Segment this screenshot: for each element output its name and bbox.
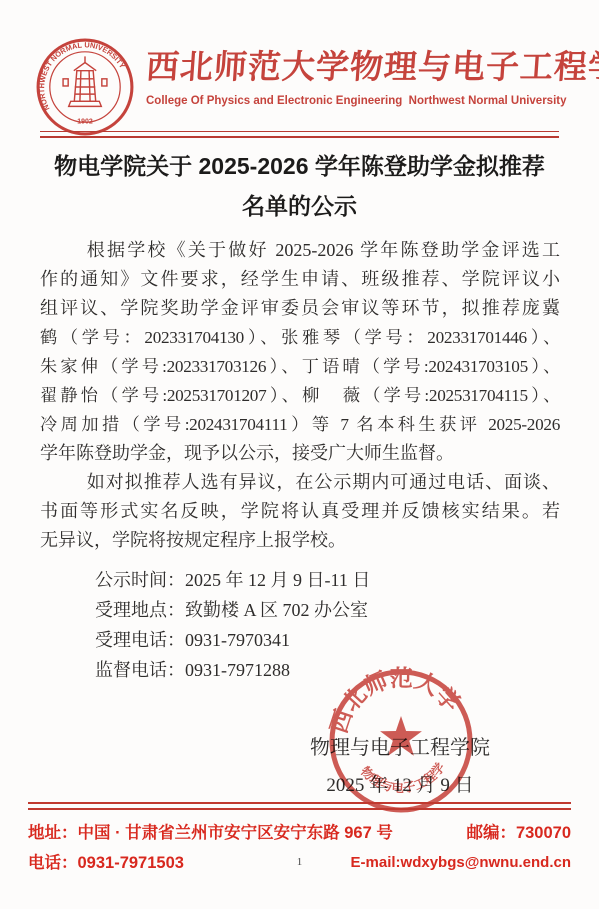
signature-org: 物理与电子工程学院 (285, 733, 515, 763)
footer: 地址：中国 · 甘肃省兰州市安宁区安宁东路 967 号 邮编：730070 电话… (28, 818, 571, 878)
text-line: 翟静怡（学号:202531701207）、柳 薇（学号:202531704115… (40, 381, 560, 410)
info-block: 公示时间：2025 年 12 月 9 日-11 日 受理地点：致勤楼 A 区 7… (40, 565, 560, 685)
text-line: 鹤（学号：202331704130）、张雅琴（学号：202331701446）、 (40, 323, 560, 352)
college-name-en: College Of Physics and Electronic Engine… (146, 93, 566, 109)
header-divider (40, 131, 559, 138)
seal-year-text: 1902 (77, 119, 93, 126)
paragraph-2: 如对拟推荐人选有异议，在公示期内可通过电话、面谈、 书面等形式实名反映，学院将认… (40, 468, 560, 555)
paragraph-1: 根据学校《关于做好 2025-2026 学年陈登助学金评选工 作的通知》文件要求… (40, 236, 560, 468)
university-seal-logo: NORTHWEST NORMAL UNIVERSITY 1902 (34, 36, 136, 138)
footer-divider (28, 802, 571, 810)
supervision-phone-line: 监督电话：0931-7971288 (40, 655, 560, 685)
notice-title: 物电学院关于 2025-2026 学年陈登助学金拟推荐 名单的公示 (40, 146, 559, 226)
signature-date: 2025 年 12 月 9 日 (285, 771, 515, 801)
text-line: 根据学校《关于做好 2025-2026 学年陈登助学金评选工 (40, 236, 560, 265)
footer-postcode: 邮编：730070 (466, 818, 571, 848)
text-line: 如对拟推荐人选有异议，在公示期内可通过电话、面谈、 (40, 468, 560, 497)
page-number: 1 (0, 856, 599, 868)
college-name-cn: 西北师范大学物理与电子工程学院 (145, 48, 568, 88)
text-line: 无异议，学院将按规定程序上报学校。 (40, 526, 560, 555)
document-page: NORTHWEST NORMAL UNIVERSITY 1902 西北师范大学物… (0, 0, 599, 909)
text-line: 组评议、学院奖助学金评审委员会审议等环节，拟推荐庞冀 (40, 294, 560, 323)
letterhead: 西北师范大学物理与电子工程学院 College Of Physics and E… (146, 48, 566, 109)
text-line: 学年陈登助学金，现予以公示，接受广大师生监督。 (40, 439, 560, 468)
acceptance-phone-line: 受理电话：0931-7970341 (40, 625, 560, 655)
text-line: 朱家伸（学号:202331703126）、丁语晴（学号:202431703105… (40, 352, 560, 381)
signature-block: 物理与电子工程学院 2025 年 12 月 9 日 (285, 733, 515, 801)
text-line: 作的通知》文件要求，经学生申请、班级推荐、学院评议小 (40, 265, 560, 294)
notice-body: 根据学校《关于做好 2025-2026 学年陈登助学金评选工 作的通知》文件要求… (40, 236, 560, 685)
office-location-line: 受理地点：致勤楼 A 区 702 办公室 (40, 595, 560, 625)
footer-address: 地址：中国 · 甘肃省兰州市安宁区安宁东路 967 号 (28, 818, 393, 848)
publicity-period-line: 公示时间：2025 年 12 月 9 日-11 日 (40, 565, 560, 595)
text-line: 冷周加措（学号:202431704111）等 7 名本科生获评 2025-202… (40, 410, 560, 439)
tower-icon (63, 56, 107, 106)
notice-title-line1: 物电学院关于 2025-2026 学年陈登助学金拟推荐 (40, 146, 559, 186)
footer-row-1: 地址：中国 · 甘肃省兰州市安宁区安宁东路 967 号 邮编：730070 (28, 818, 571, 848)
text-line: 书面等形式实名反映，学院将认真受理并反馈核实结果。若 (40, 497, 560, 526)
notice-title-line2: 名单的公示 (40, 186, 559, 226)
